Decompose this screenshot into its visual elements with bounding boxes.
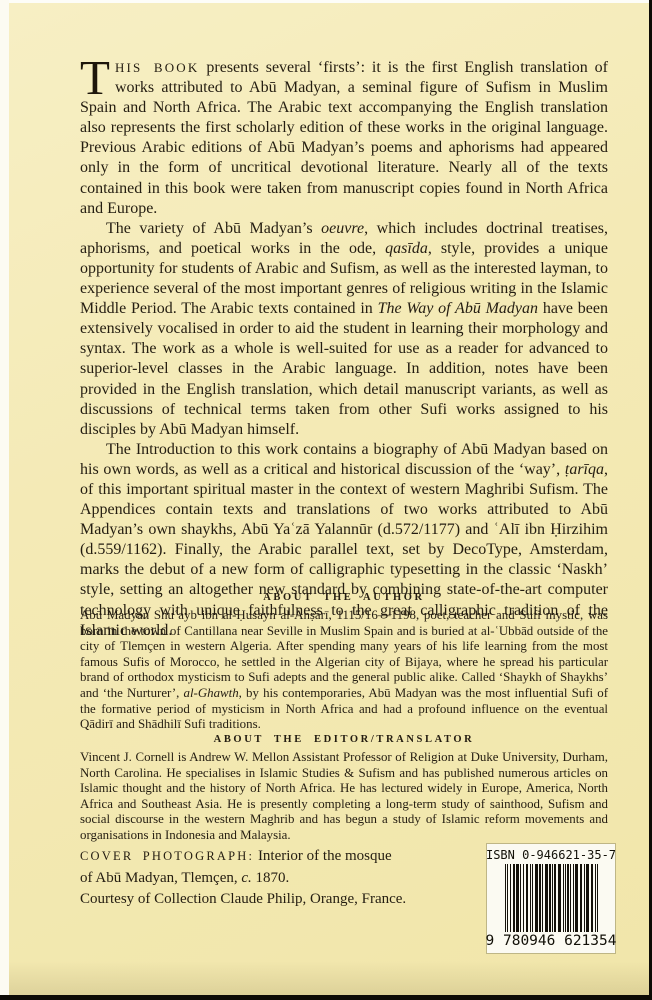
dropcap-letter: T	[80, 58, 115, 96]
lead-smallcaps: HIS BOOK	[115, 60, 200, 75]
credit-line-2: of Abū Madyan, Tlemçen, c. 1870.	[80, 868, 470, 890]
isbn-label: ISBN 0-946621-35-7	[486, 848, 616, 862]
ean-number: 9 780946 621354	[486, 933, 617, 949]
synopsis-paragraph-1: THIS BOOK presents several ‘firsts’: it …	[80, 58, 608, 219]
isbn-barcode-box: ISBN 0-946621-35-7 9 780946 621354	[487, 844, 615, 953]
credit-line-1: COVER PHOTOGRAPH: Interior of the mosque	[80, 846, 470, 868]
about-the-editor-section: ABOUT THE EDITOR/TRANSLATOR Vincent J. C…	[80, 734, 608, 844]
about-author-text: Abū Madyan Shuʿayb ibn al-Ḥusayn al-Anṣā…	[80, 608, 608, 733]
credit-line-3: Courtesy of Collection Claude Philip, Or…	[80, 889, 470, 911]
book-back-cover: THIS BOOK presents several ‘firsts’: it …	[0, 0, 652, 1000]
scan-edge-left	[0, 0, 9, 1000]
barcode-bars	[495, 864, 607, 932]
scan-edge-bottom	[0, 995, 652, 1000]
paragraph-text: presents several ‘firsts’: it is the fir…	[80, 59, 608, 217]
synopsis-paragraph-2: The variety of Abū Madyan’s oeuvre, whic…	[80, 219, 608, 440]
cover-bottom-shading	[9, 961, 649, 995]
about-the-author-section: ABOUT THE AUTHOR Abū Madyan Shuʿayb ibn …	[80, 592, 608, 733]
scan-edge-top	[0, 0, 652, 3]
about-editor-text: Vincent J. Cornell is Andrew W. Mellon A…	[80, 750, 608, 844]
about-editor-heading: ABOUT THE EDITOR/TRANSLATOR	[80, 734, 608, 745]
cover-photograph-credit: COVER PHOTOGRAPH: Interior of the mosque…	[80, 846, 470, 911]
synopsis-block: THIS BOOK presents several ‘firsts’: it …	[80, 58, 608, 641]
paragraph-text: The variety of Abū Madyan’s oeuvre, whic…	[80, 220, 608, 438]
about-author-heading: ABOUT THE AUTHOR	[80, 592, 608, 603]
